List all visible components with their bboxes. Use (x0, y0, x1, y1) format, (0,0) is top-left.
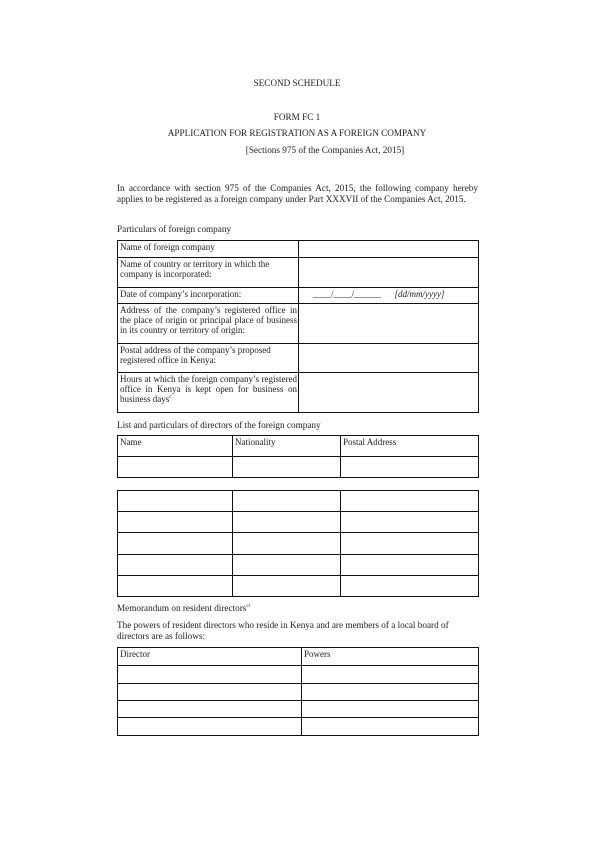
table-row: Name of country or territory in which th… (118, 258, 479, 288)
director-powers-cell[interactable] (302, 684, 479, 701)
table-row (118, 555, 479, 576)
field-label: Hours at which the foreign company’s reg… (118, 373, 299, 413)
resident-director-cell[interactable] (118, 666, 302, 684)
resident-director-cell[interactable] (118, 684, 302, 701)
table-row: Date of company’s incorporation: ____/__… (118, 288, 479, 304)
field-label: Name of country or territory in which th… (118, 258, 299, 288)
director-address-cell[interactable] (341, 533, 479, 555)
director-address-cell[interactable] (341, 512, 479, 533)
table-row (118, 718, 479, 736)
field-label: Date of company’s incorporation: (118, 288, 299, 304)
director-nationality-cell[interactable] (233, 512, 341, 533)
directors-table-continued (117, 490, 479, 597)
column-header-postal-address: Postal Address (341, 436, 479, 457)
date-blanks: ____/____/______ (313, 289, 381, 299)
director-name-cell[interactable] (118, 533, 233, 555)
table-row (118, 576, 479, 597)
form-title: APPLICATION FOR REGISTRATION AS A FOREIG… (0, 128, 594, 139)
director-name-cell[interactable] (118, 491, 233, 512)
table-row: Hours at which the foreign company’s reg… (118, 373, 479, 413)
table-row: Postal address of the company’s proposed… (118, 344, 479, 373)
column-header-powers: Powers (302, 648, 479, 666)
director-nationality-cell[interactable] (233, 555, 341, 576)
director-address-cell[interactable] (341, 491, 479, 512)
resident-director-cell[interactable] (118, 718, 302, 736)
director-name-cell[interactable] (118, 576, 233, 597)
particulars-table: Name of foreign company Name of country … (117, 240, 479, 413)
office-hours-field[interactable] (299, 373, 479, 413)
memorandum-description: The powers of resident directors who res… (117, 620, 473, 641)
memorandum-heading: Memorandum on resident directorsci (117, 603, 478, 614)
director-name-cell[interactable] (118, 555, 233, 576)
director-powers-cell[interactable] (302, 666, 479, 684)
director-address-cell[interactable] (341, 555, 479, 576)
kenya-postal-address-field[interactable] (299, 344, 479, 373)
director-nationality-cell[interactable] (233, 533, 341, 555)
director-nationality-cell[interactable] (233, 491, 341, 512)
table-row (118, 684, 479, 701)
column-header-name: Name (118, 436, 233, 457)
table-row (118, 533, 479, 555)
table-row: Address of the company’s registered offi… (118, 304, 479, 344)
date-format-hint: [dd/mm/yyyy] (395, 289, 445, 299)
origin-office-address-field[interactable] (299, 304, 479, 344)
director-name-cell[interactable] (118, 457, 233, 478)
intro-paragraph: In accordance with section 975 of the Co… (117, 183, 478, 204)
foreign-company-name-field[interactable] (299, 241, 479, 258)
director-address-cell[interactable] (341, 576, 479, 597)
field-label-text: Hours at which the foreign company’s reg… (120, 374, 297, 404)
director-name-cell[interactable] (118, 512, 233, 533)
director-powers-cell[interactable] (302, 701, 479, 718)
director-powers-cell[interactable] (302, 718, 479, 736)
field-label: Postal address of the company’s proposed… (118, 344, 299, 373)
field-label: Name of foreign company (118, 241, 299, 258)
schedule-title: SECOND SCHEDULE (0, 78, 594, 89)
directors-heading: List and particulars of directors of the… (117, 420, 478, 431)
table-header-row: Director Powers (118, 648, 479, 666)
table-row (118, 701, 479, 718)
footnote-marker: c (169, 394, 171, 400)
memorandum-heading-text: Memorandum on resident directors (117, 603, 246, 613)
table-row: Name of foreign company (118, 241, 479, 258)
field-label: Address of the company’s registered offi… (118, 304, 299, 344)
table-row (118, 491, 479, 512)
resident-director-cell[interactable] (118, 701, 302, 718)
directors-table-header: Name Nationality Postal Address (117, 435, 479, 478)
column-header-director: Director (118, 648, 302, 666)
director-address-cell[interactable] (341, 457, 479, 478)
country-of-incorporation-field[interactable] (299, 258, 479, 288)
incorporation-date-field[interactable]: ____/____/______ [dd/mm/yyyy] (299, 288, 479, 304)
table-row (118, 666, 479, 684)
particulars-heading: Particulars of foreign company (117, 224, 478, 235)
footnote-marker: ci (246, 603, 250, 609)
table-row (118, 457, 479, 478)
column-header-nationality: Nationality (233, 436, 341, 457)
table-row (118, 512, 479, 533)
resident-directors-table: Director Powers (117, 647, 479, 736)
director-nationality-cell[interactable] (233, 576, 341, 597)
statutory-reference: [Sections 975 of the Companies Act, 2015… (28, 145, 594, 156)
form-number: FORM FC 1 (0, 112, 594, 123)
table-header-row: Name Nationality Postal Address (118, 436, 479, 457)
director-nationality-cell[interactable] (233, 457, 341, 478)
